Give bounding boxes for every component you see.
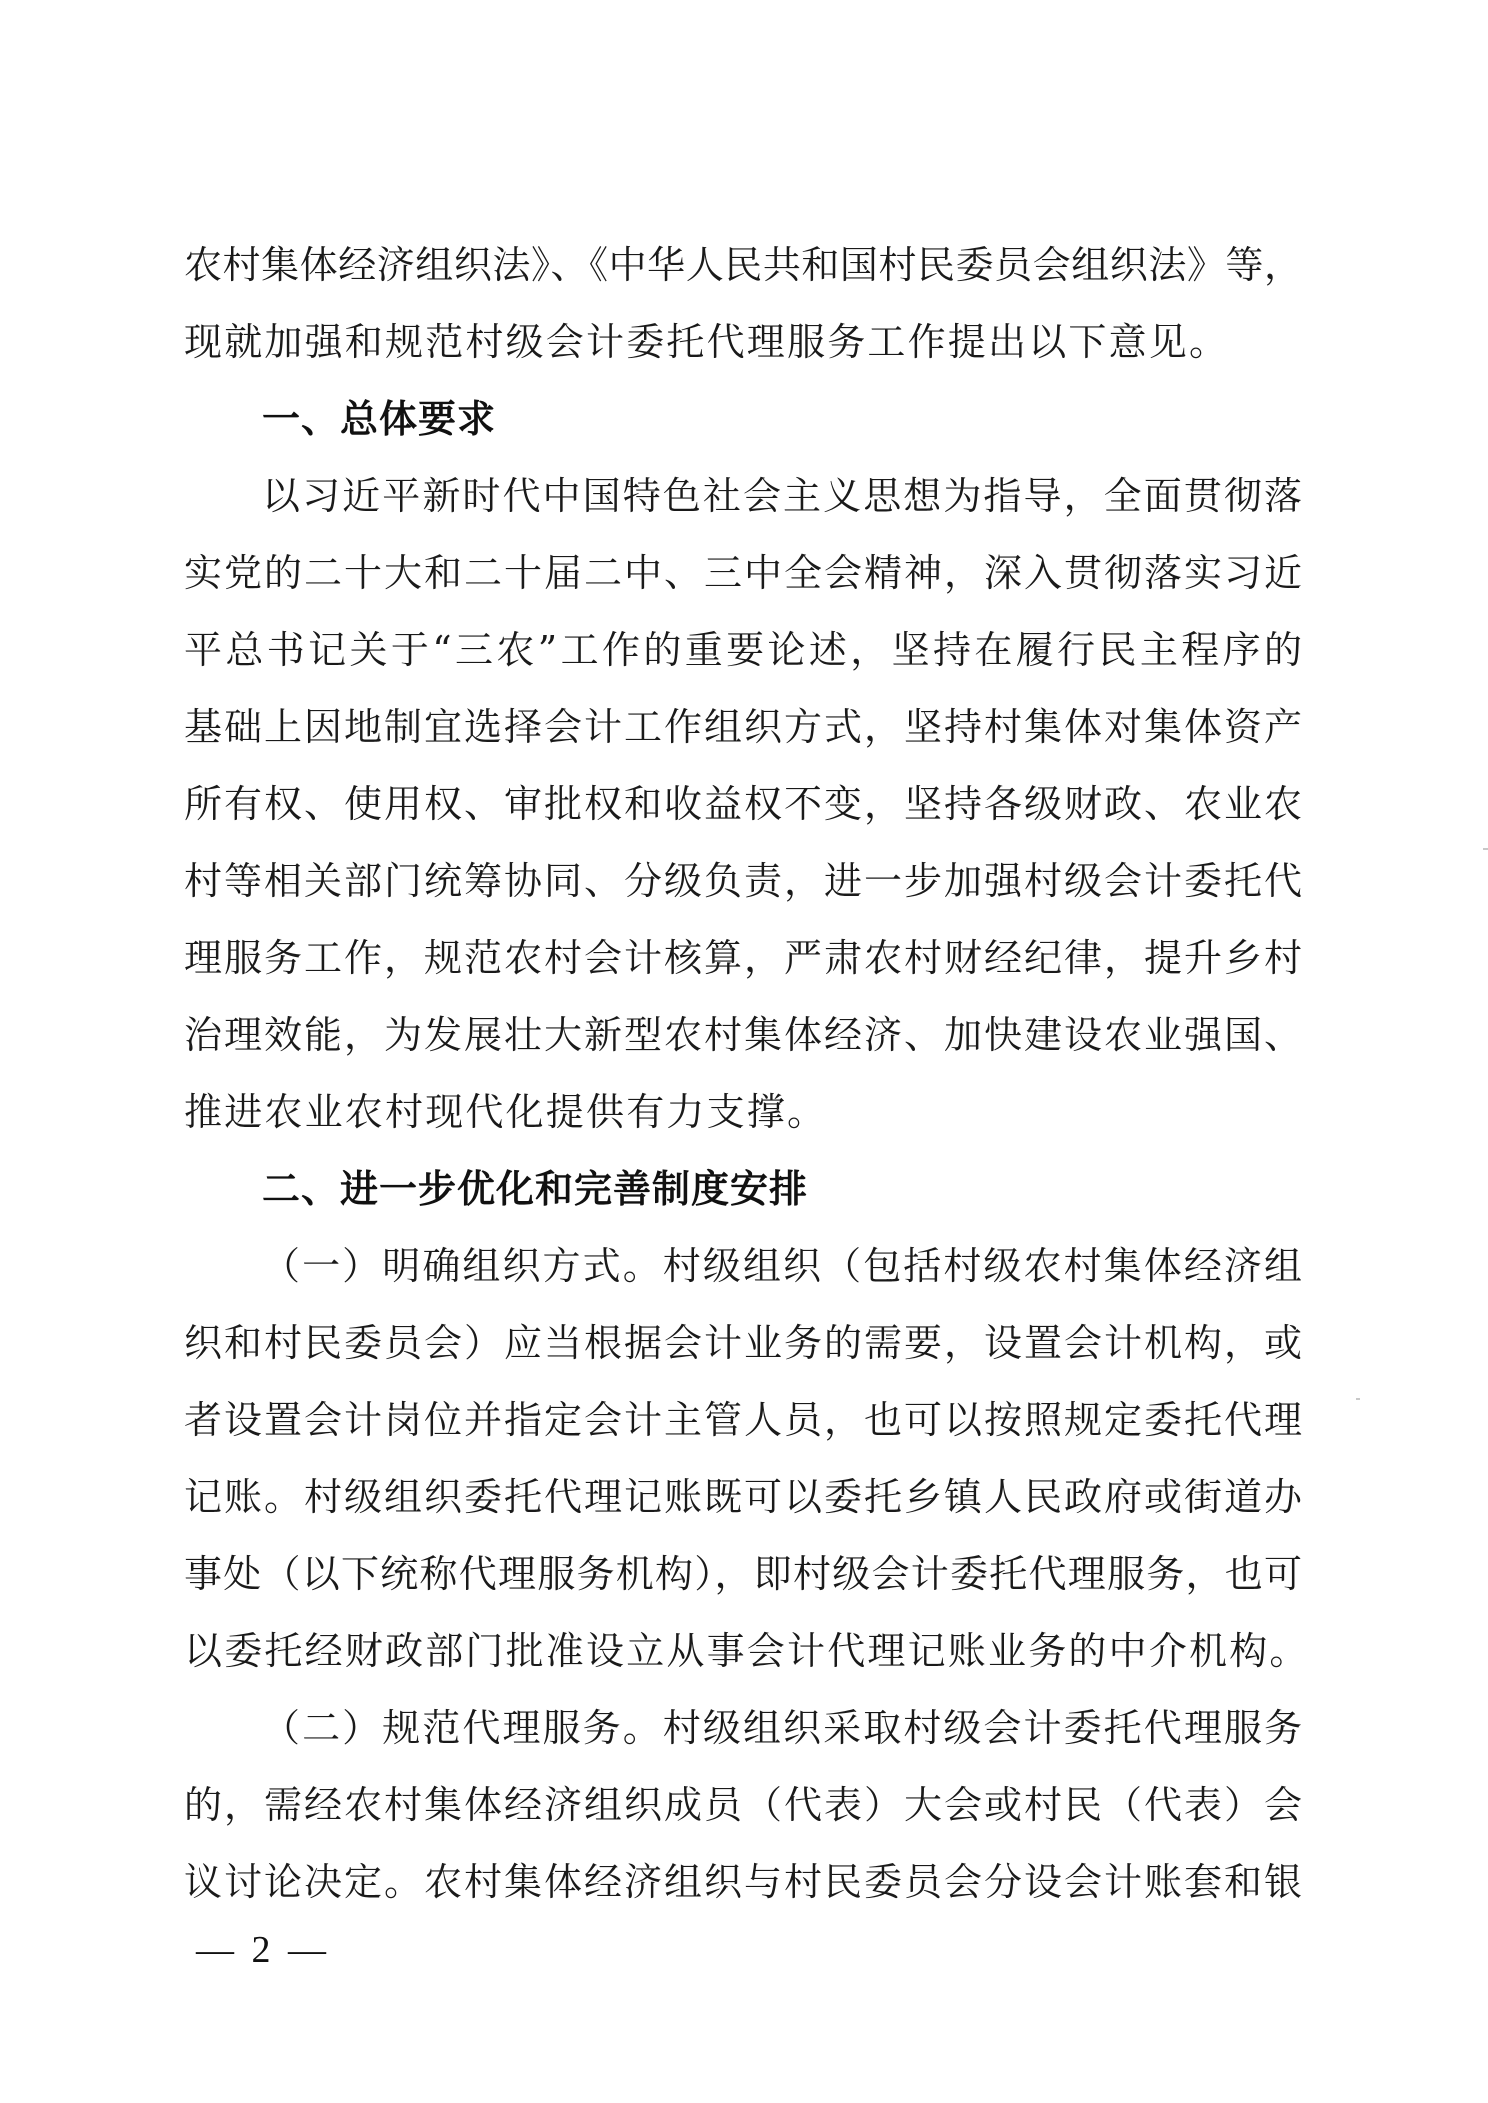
body-line: 事处（以下统称代理服务机构），即村级会计委托代理服务，也可: [184, 1544, 1302, 1604]
body-line: 平总书记关于“三农”工作的重要论述，坚持在履行民主程序的: [184, 620, 1302, 680]
body-line: 治理效能，为发展壮大新型农村集体经济、加快建设农业强国、: [184, 1005, 1302, 1065]
section-heading-optimize-system: 二、进一步优化和完善制度安排: [262, 1159, 808, 1219]
paragraph-first-line: 以习近平新时代中国特色社会主义思想为指导，全面贯彻落: [262, 466, 1302, 526]
page-number: — 2 —: [196, 1920, 330, 1980]
body-line: 记账。村级组织委托代理记账既可以委托乡镇人民政府或街道办: [184, 1467, 1302, 1527]
scan-speck: [1483, 848, 1488, 850]
paragraph-first-line: （二）规范代理服务。村级组织采取村级会计委托代理服务: [262, 1698, 1302, 1758]
body-line: 实党的二十大和二十届二中、三中全会精神，深入贯彻落实习近: [184, 543, 1302, 603]
paragraph-first-line: （一）明确组织方式。村级组织（包括村级农村集体经济组: [262, 1236, 1302, 1296]
scan-speck: [1356, 1398, 1360, 1400]
body-line: 者设置会计岗位并指定会计主管人员，也可以按照规定委托代理: [184, 1390, 1302, 1450]
body-line: 农村集体经济组织法》、《中华人民共和国村民委员会组织法》等，: [184, 235, 1302, 295]
body-line: 村等相关部门统筹协同、分级负责，进一步加强村级会计委托代: [184, 851, 1302, 911]
document-page: 农村集体经济组织法》、《中华人民共和国村民委员会组织法》等， 现就加强和规范村级…: [0, 0, 1488, 2103]
body-line: 议讨论决定。农村集体经济组织与村民委员会分设会计账套和银: [184, 1852, 1302, 1912]
body-line: 基础上因地制宜选择会计工作组织方式，坚持村集体对集体资产: [184, 697, 1302, 757]
body-line: 所有权、使用权、审批权和收益权不变，坚持各级财政、农业农: [184, 774, 1302, 834]
section-heading-overall-requirements: 一、总体要求: [262, 389, 496, 449]
body-line: 理服务工作，规范农村会计核算，严肃农村财经纪律，提升乡村: [184, 928, 1302, 988]
body-line: 的，需经农村集体经济组织成员（代表）大会或村民（代表）会: [184, 1775, 1302, 1835]
body-line: 现就加强和规范村级会计委托代理服务工作提出以下意见。: [184, 312, 1302, 372]
body-line: 以委托经财政部门批准设立从事会计代理记账业务的中介机构。: [184, 1621, 1302, 1681]
body-line: 织和村民委员会）应当根据会计业务的需要，设置会计机构，或: [184, 1313, 1302, 1373]
body-line: 推进农业农村现代化提供有力支撑。: [184, 1082, 1302, 1142]
